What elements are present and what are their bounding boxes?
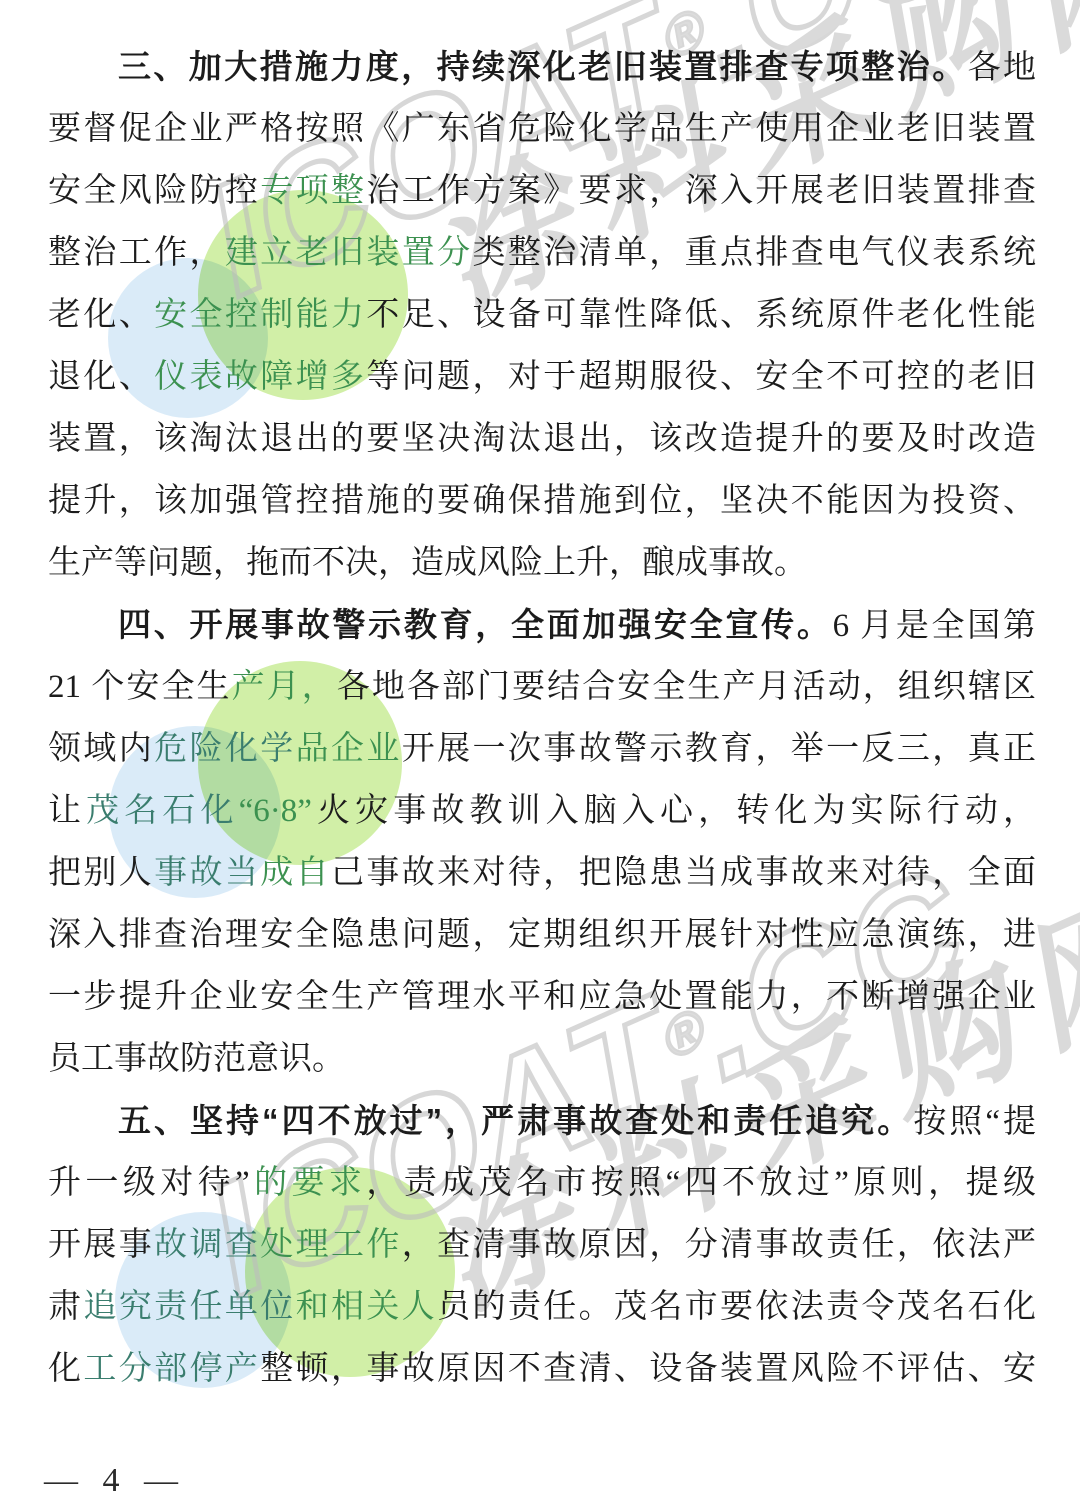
document-body: 三、加大措施力度，持续深化老旧装置排查专项整治。各地要督促企业严格按照《广东省危… bbox=[48, 36, 1036, 1400]
body-text: 火灾事故教训入脑入心，转化为实际行动， bbox=[312, 793, 1036, 829]
text-line: 领域内危险化学品企业开展一次事故警示教育，举一反三，真正 bbox=[48, 718, 1036, 780]
body-text: 己事故来对待，把隐患当成事故来对待，全面 bbox=[331, 855, 1036, 891]
body-text: 故调查 bbox=[154, 1227, 260, 1263]
text-line: 21 个安全生产月，各地各部门要结合安全生产月活动，组织辖区 bbox=[48, 656, 1036, 718]
body-text: 各地 bbox=[968, 50, 1036, 86]
text-line: 肃追究责任单位和相关人员的责任。茂名市要依法责令茂名石化 bbox=[48, 1276, 1036, 1338]
body-text: 升一级对待” bbox=[48, 1165, 250, 1201]
body-text: 整顿，事故原因不查清、设备装置风险不评估、安 bbox=[260, 1351, 1036, 1387]
text-line: 把别人事故当成自己事故来对待，把隐患当成事故来对待，全面 bbox=[48, 842, 1036, 904]
body-text: 茂名石化 bbox=[86, 793, 238, 829]
text-line: 生产等问题，拖而不决，造成风险上升，酿成事故。 bbox=[48, 532, 1036, 594]
body-text: 不足、设备可靠性降低、系统原件老化性能 bbox=[366, 297, 1036, 333]
text-line: 要督促企业严格按照《广东省危险化学品生产使用企业老旧装置 bbox=[48, 98, 1036, 160]
body-text: 领域内 bbox=[48, 731, 154, 767]
text-line: 整治工作，建立老旧装置分类整治清单，重点排查电气仪表系统 bbox=[48, 222, 1036, 284]
body-text: 深入排查治理安全隐患问题，定期组织开展针对性应急演练，进 bbox=[48, 917, 1036, 953]
text-line: 老化、安全控制能力不足、设备可靠性降低、系统原件老化性能 bbox=[48, 284, 1036, 346]
body-text: 安全风险防控 bbox=[48, 173, 260, 209]
body-text: 追究责任单位 bbox=[83, 1289, 295, 1325]
body-text: 专项整 bbox=[260, 173, 366, 209]
text-line: 五、坚持“四不放过”，严肃事故查处和责任追究。按照“提 bbox=[48, 1090, 1036, 1152]
body-text: 生产等问题，拖而不决，造成风险上升，酿成事故。 bbox=[48, 545, 807, 581]
heading-text: 四、开展事故警示教育，全面加强安全宣传。 bbox=[118, 606, 833, 643]
body-text: 处理工作 bbox=[260, 1227, 401, 1263]
body-text: 安全控制能力 bbox=[154, 297, 366, 333]
body-text: ，查清事故原因，分清事故责任，依法严 bbox=[402, 1227, 1036, 1263]
body-text: 产月， bbox=[232, 669, 337, 705]
body-text: 成自 bbox=[260, 855, 331, 891]
text-line: 装置，该淘汰退出的要坚决淘汰退出，该改造提升的要及时改造 bbox=[48, 408, 1036, 470]
text-line: 让茂名石化“6·8”火灾事故教训入脑入心，转化为实际行动， bbox=[48, 780, 1036, 842]
body-text: 提升，该加强管控措施的要确保措施到位，坚决不能因为投资、 bbox=[48, 483, 1036, 519]
heading-text: 五、坚持“四不放过”，严肃事故查处和责任追究。 bbox=[118, 1102, 913, 1139]
text-line: 深入排查治理安全隐患问题，定期组织开展针对性应急演练，进 bbox=[48, 904, 1036, 966]
text-line: 提升，该加强管控措施的要确保措施到位，坚决不能因为投资、 bbox=[48, 470, 1036, 532]
body-text: 6 月是全国第 bbox=[833, 608, 1036, 644]
body-text: 的要求 bbox=[250, 1165, 367, 1201]
document-page: ICOAT®.CC 涂料采购网 ICOAT®.CC 涂料采购网 三、加大措施力度… bbox=[0, 0, 1080, 1507]
body-text: 仪表故障增多 bbox=[154, 359, 366, 395]
text-line: 化工分部停产整顿，事故原因不查清、设备装置风险不评估、安 bbox=[48, 1338, 1036, 1400]
body-text: 和相关人 bbox=[296, 1289, 437, 1325]
body-text: 肃 bbox=[48, 1289, 83, 1325]
body-text: 整治工作， bbox=[48, 235, 225, 271]
body-text: 品企业 bbox=[296, 731, 402, 767]
body-text: 退化、 bbox=[48, 359, 154, 395]
body-text: 按照“提 bbox=[913, 1104, 1036, 1140]
body-text: 建立老旧装置分 bbox=[225, 235, 473, 271]
body-text: 员工事故防范意识。 bbox=[48, 1041, 345, 1077]
body-text: 把别人 bbox=[48, 855, 154, 891]
text-line: 开展事故调查处理工作，查清事故原因，分清事故责任，依法严 bbox=[48, 1214, 1036, 1276]
text-line: 安全风险防控专项整治工作方案》要求，深入开展老旧装置排查 bbox=[48, 160, 1036, 222]
heading-text: 三、加大措施力度，持续深化老旧装置排查专项整治。 bbox=[118, 48, 968, 85]
text-line: 退化、仪表故障增多等问题，对于超期服役、安全不可控的老旧 bbox=[48, 346, 1036, 408]
body-text: 开展事 bbox=[48, 1227, 154, 1263]
body-text: 21 个安全生 bbox=[48, 669, 232, 705]
body-text: 治工作方案》要求，深入开展老旧装置排查 bbox=[366, 173, 1036, 209]
body-text: 装置，该淘汰退出的要坚决淘汰退出，该改造提升的要及时改造 bbox=[48, 421, 1036, 457]
body-text: 等问题，对于超期服役、安全不可控的老旧 bbox=[366, 359, 1036, 395]
body-text: 事故当 bbox=[154, 855, 260, 891]
body-text: 开展一次事故警示教育，举一反三，真正 bbox=[402, 731, 1036, 767]
text-line: 四、开展事故警示教育，全面加强安全宣传。6 月是全国第 bbox=[48, 594, 1036, 656]
body-text: 危险化学 bbox=[154, 731, 295, 767]
body-text: ，责成茂名市按照“四不放过”原则，提级 bbox=[366, 1165, 1036, 1201]
body-text: 要督促企业严格按照《广东省危险化学品生产使用企业老旧装置 bbox=[48, 111, 1036, 147]
body-text: 一步提升企业安全生产管理水平和应急处置能力，不断增强企业 bbox=[48, 979, 1036, 1015]
body-text: 老化、 bbox=[48, 297, 154, 333]
body-text: 各地各部门要结合安全生产月活动，组织辖区 bbox=[337, 669, 1036, 705]
body-text: 类整治清单，重点排查电气仪表系统 bbox=[472, 235, 1036, 271]
text-line: 员工事故防范意识。 bbox=[48, 1028, 1036, 1090]
body-text: “6·8” bbox=[239, 793, 312, 829]
page-number: — 4 — bbox=[44, 1462, 186, 1500]
body-text: 工分部停产 bbox=[83, 1351, 260, 1387]
text-line: 一步提升企业安全生产管理水平和应急处置能力，不断增强企业 bbox=[48, 966, 1036, 1028]
body-text: 让 bbox=[48, 793, 86, 829]
body-text: 员的责任。茂名市要依法责令茂名石化 bbox=[437, 1289, 1036, 1325]
text-line: 升一级对待”的要求，责成茂名市按照“四不放过”原则，提级 bbox=[48, 1152, 1036, 1214]
body-text: 化 bbox=[48, 1351, 83, 1387]
text-line: 三、加大措施力度，持续深化老旧装置排查专项整治。各地 bbox=[48, 36, 1036, 98]
